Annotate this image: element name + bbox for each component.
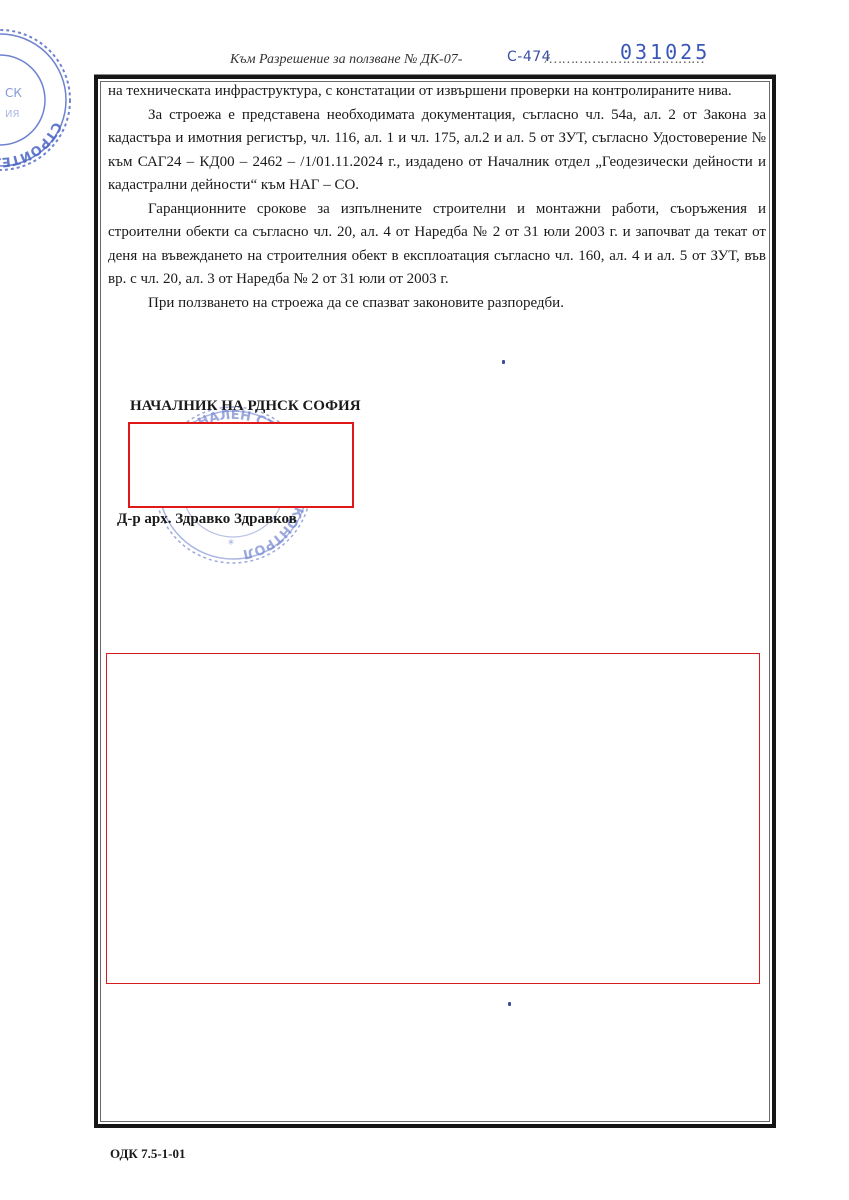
svg-text:*: * <box>228 537 234 551</box>
permit-reference-line: Към Разрешение за ползване № ДК-07- С-47… <box>230 40 690 70</box>
document-form-code: ОДК 7.5-1-01 <box>110 1146 186 1162</box>
signatory-title: НАЧАЛНИК НА РДНСК СОФИЯ <box>130 398 361 415</box>
svg-text:СК: СК <box>5 86 22 100</box>
document-body: на техническата инфраструктура, с конста… <box>108 80 766 315</box>
svg-text:ИЯ: ИЯ <box>5 109 19 120</box>
content-redaction-box <box>106 653 760 984</box>
signature-redaction-box <box>128 422 354 508</box>
permit-reference-label: Към Разрешение за ползване № ДК-07- <box>230 52 462 68</box>
stamped-date: 031025 <box>620 40 710 64</box>
paragraph-usage: При ползването на строежа да се спазват … <box>108 292 766 316</box>
paragraph-documentation: За строежа е представена необходимата до… <box>108 104 766 198</box>
paragraph-warranty: Гаранционните срокове за изпълнените стр… <box>108 198 766 292</box>
official-stamp-icon: СТРОИТЕЛЕН КОНТРОЛ СК ИЯ <box>0 25 75 175</box>
ink-speck <box>502 360 505 364</box>
ink-speck <box>508 1002 511 1006</box>
paragraph-continuation: на техническата инфраструктура, с конста… <box>108 80 766 104</box>
signatory-name: Д-р арх. Здравко Здравков <box>117 511 297 528</box>
